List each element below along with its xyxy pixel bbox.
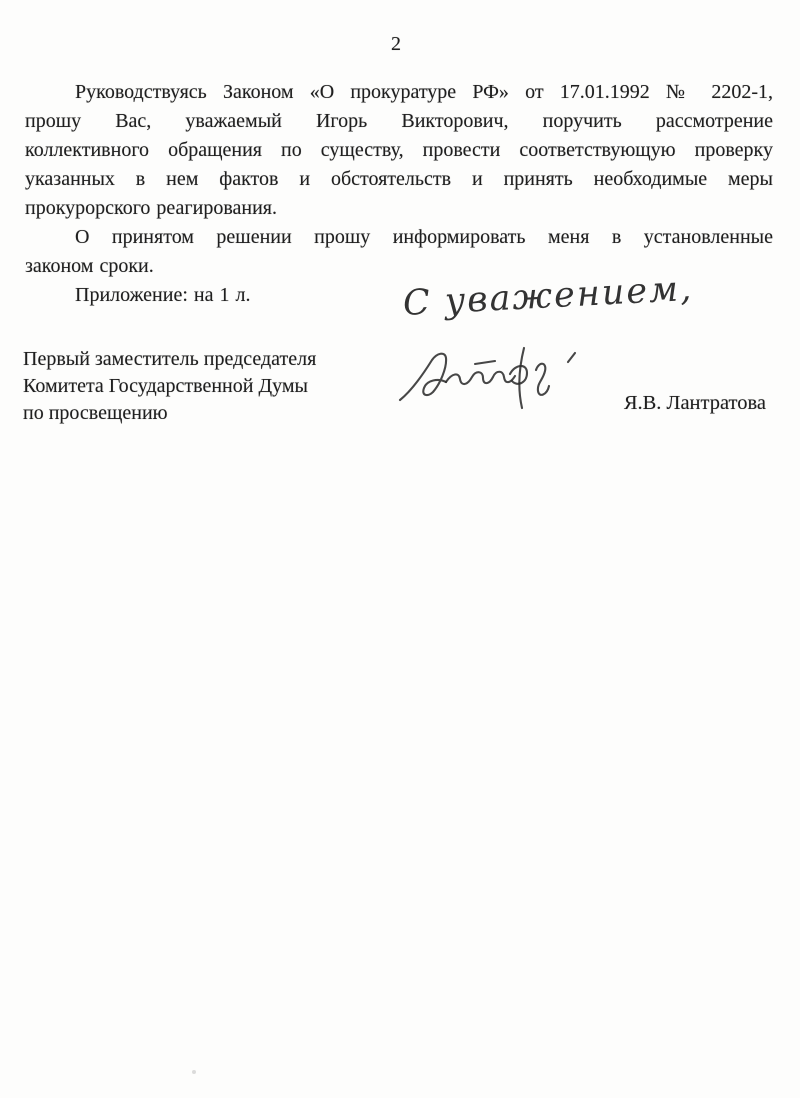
scan-artifact-dot: [192, 1070, 196, 1074]
text-line: прошу Вас, уважаемый Игорь Викторович, п…: [25, 107, 773, 136]
paragraph-request: Руководствуясь Законом «О прокуратуре РФ…: [25, 78, 773, 223]
signer-name: Я.В. Лантратова: [624, 392, 766, 415]
signature-scribble: [396, 342, 586, 418]
position-line: Первый заместитель председателя: [23, 346, 316, 373]
text-line: указанных в нем фактов и обстоятельств и…: [25, 165, 773, 194]
text-line: прокурорского реагирования.: [25, 194, 773, 223]
page-number: 2: [0, 33, 792, 56]
scanned-letter-page: 2 Руководствуясь Законом «О прокуратуре …: [0, 0, 800, 1098]
position-line: Комитета Государственной Думы: [23, 373, 316, 400]
text-line: О принятом решении прошу информировать м…: [25, 223, 773, 252]
text-line: Руководствуясь Законом «О прокуратуре РФ…: [25, 78, 773, 107]
text-line: коллективного обращения по существу, про…: [25, 136, 773, 165]
position-line: по просвещению: [23, 400, 316, 427]
signer-position: Первый заместитель председателя Комитета…: [23, 346, 316, 427]
